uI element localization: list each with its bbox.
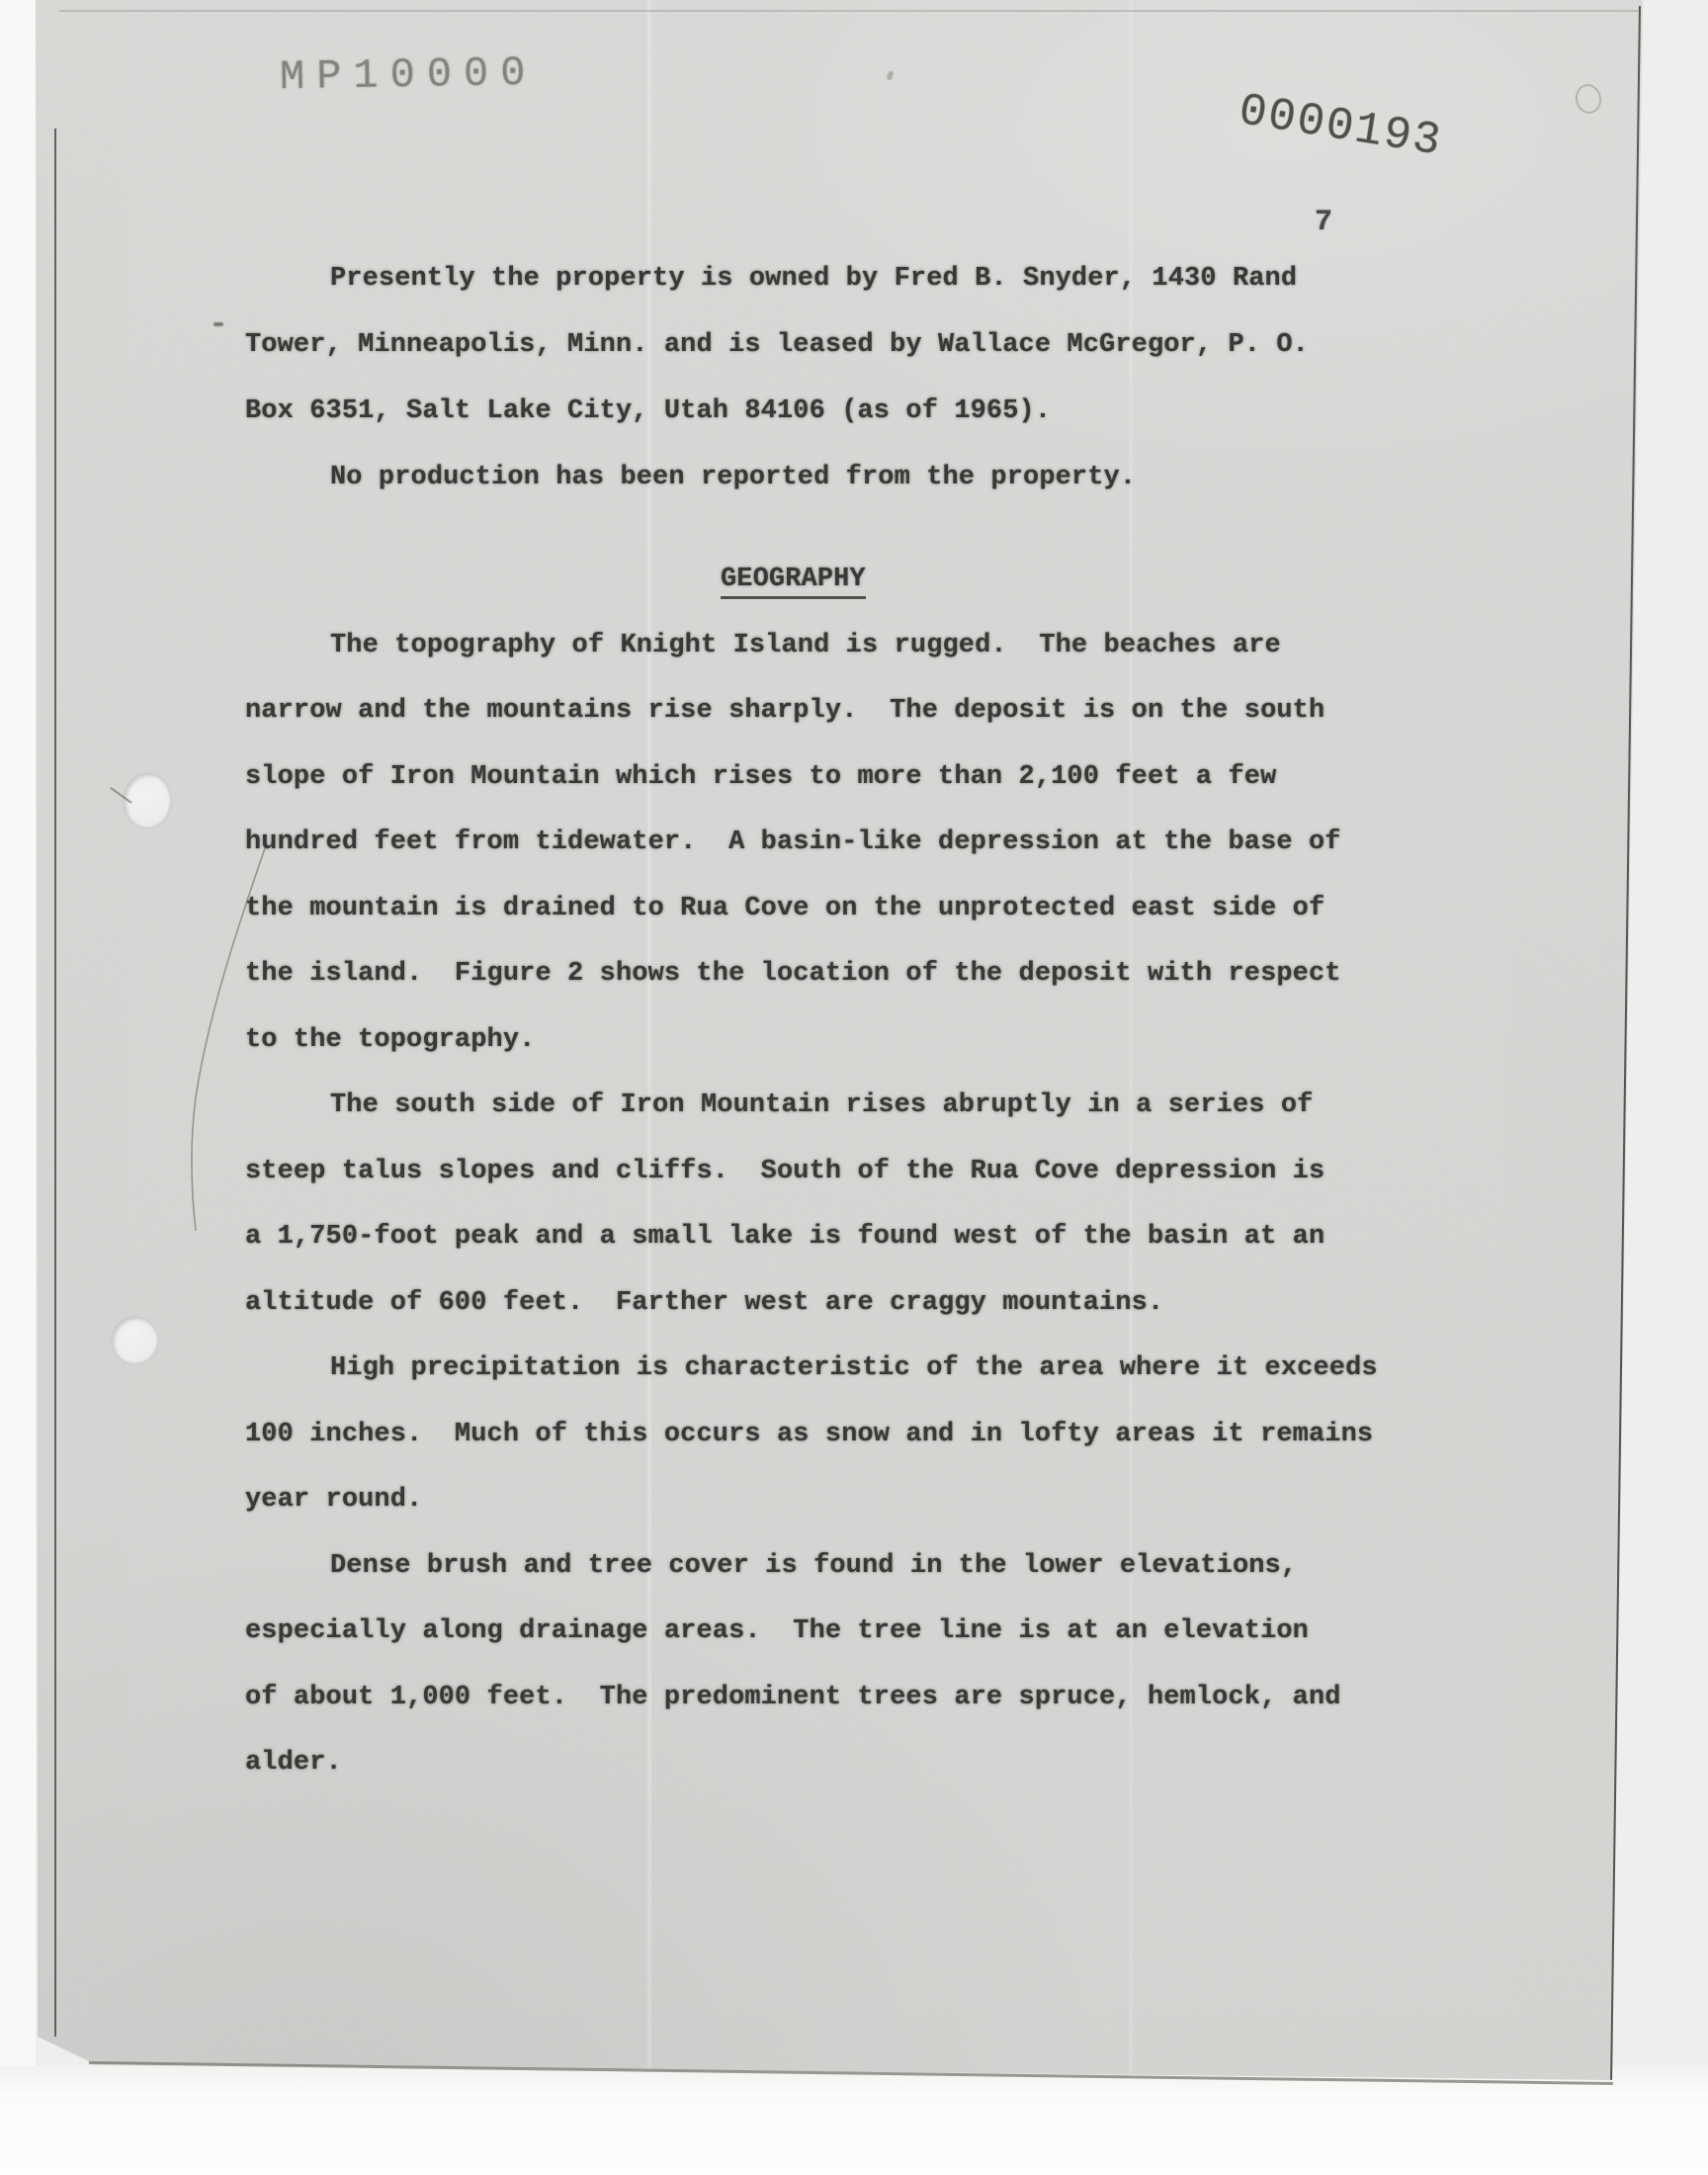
ink-speck xyxy=(213,322,223,326)
text-line: The south side of Iron Mountain rises ab… xyxy=(330,1091,1313,1119)
text-line: hundred feet from tidewater. A basin-lik… xyxy=(245,828,1341,856)
text-line: Tower, Minneapolis, Minn. and is leased … xyxy=(245,331,1309,359)
pencil-circle-mark xyxy=(1573,82,1604,117)
text-line: the mountain is drained to Rua Cove on t… xyxy=(245,895,1324,922)
scratch-mark xyxy=(0,0,1708,2175)
text-line: of about 1,000 feet. The predominent tre… xyxy=(245,1684,1341,1711)
text-line: narrow and the mountains rise sharply. T… xyxy=(245,697,1324,725)
serial-stamp-top-right: 0000193 xyxy=(1236,85,1446,168)
scanned-document-page: { "stamps": { "serial_top_left": "MP1000… xyxy=(0,0,1708,2175)
paper-top-edge xyxy=(59,10,1639,12)
ink-speck xyxy=(887,70,895,80)
paper-sheet: MP10000 0000193 7 Presently the property… xyxy=(0,0,1708,2175)
text-line: the island. Figure 2 shows the location … xyxy=(245,960,1341,988)
text-line: The topography of Knight Island is rugge… xyxy=(330,632,1281,659)
section-heading: GEOGRAPHY xyxy=(721,565,866,593)
text-line: Box 6351, Salt Lake City, Utah 84106 (as… xyxy=(245,397,1051,425)
text-line: 100 inches. Much of this occurs as snow … xyxy=(245,1421,1373,1448)
section-heading-text: GEOGRAPHY xyxy=(721,565,866,599)
hole-punch-bottom xyxy=(112,1317,158,1364)
scanner-band xyxy=(1129,0,1133,2175)
text-line: alder. xyxy=(245,1749,342,1777)
text-line: Presently the property is owned by Fred … xyxy=(330,265,1297,293)
text-line: especially along drainage areas. The tre… xyxy=(245,1617,1309,1645)
text-line: Dense brush and tree cover is found in t… xyxy=(330,1552,1297,1580)
text-line: to the topography. xyxy=(245,1026,535,1054)
page-number: 7 xyxy=(1315,206,1332,239)
paper-left-edge xyxy=(54,129,56,2037)
text-line: No production has been reported from the… xyxy=(330,464,1136,491)
text-line: slope of Iron Mountain which rises to mo… xyxy=(245,763,1276,791)
text-line: year round. xyxy=(245,1486,422,1514)
serial-stamp-top-left: MP10000 xyxy=(280,49,538,102)
text-line: steep talus slopes and cliffs. South of … xyxy=(245,1158,1324,1185)
scanner-band xyxy=(647,0,651,2175)
paper-grain-texture xyxy=(0,0,1708,2175)
text-line: a 1,750-foot peak and a small lake is fo… xyxy=(245,1223,1324,1251)
hole-punch-top xyxy=(124,773,171,828)
text-line: altitude of 600 feet. Farther west are c… xyxy=(245,1289,1163,1317)
text-line: High precipitation is characteristic of … xyxy=(330,1354,1378,1382)
